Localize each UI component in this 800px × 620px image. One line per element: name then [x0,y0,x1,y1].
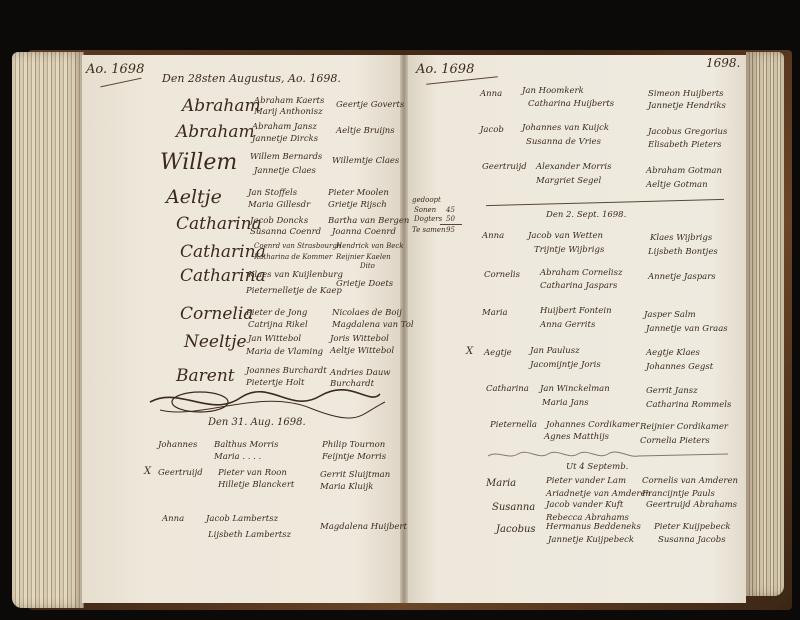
witness: Aeltje Wittebol [330,346,394,356]
witness: Susanna Jacobs [658,535,726,545]
calligraphic-flourish [140,384,390,420]
parent-father: Pieter de Jong [246,308,307,318]
witness: Geertje Goverts [336,100,404,110]
child-name: Geertruijd [482,162,527,172]
child-name: Geertruijd [158,468,203,478]
parent-father: Hermanus Beddeneks [546,522,641,532]
parent-mother: Jannetje Claes [254,166,316,176]
wavy-divider [488,448,728,462]
parent-father: Joannes Burchardt [246,366,327,376]
witness: Lijsbeth Bontjes [648,247,718,257]
child-name: Catharina [486,384,529,394]
witness: Joanna Coenrd [332,227,396,237]
parent-mother: Maria de Vlaming [246,347,323,357]
parent-mother: Susanna Coenrd [250,227,321,237]
parent-mother: Katharina de Kommer [254,253,332,261]
witness: Annetje Jaspars [648,272,716,282]
witness: Jasper Salm [644,310,696,320]
parent-mother: Maria Gillesdr [248,200,310,210]
tally-daughters-label: Dogters [414,215,442,223]
witness: Catharina Rommels [646,400,731,410]
parent-father: Huijbert Fontein [540,306,612,316]
parent-father: Jacob van Wetten [528,231,603,241]
child-name: Aegtje [484,348,512,358]
witness: Gerrit Sluijtman [320,470,390,480]
parent-father: Pieter van Roon [218,468,287,478]
child-name: Maria [482,308,508,318]
child-name: Cornelis [484,270,520,280]
child-name: Jacob [480,125,504,135]
child-name: Johannes [158,440,197,450]
witness: Magdalena van Tol [332,320,414,330]
parent-mother: Margriet Segel [536,176,601,186]
parent-mother: Jannetje Dircks [252,134,318,144]
witness: Willemtje Claes [332,156,399,166]
parent-mother: Maria . . . . [214,452,261,462]
parent-mother: Agnes Matthijs [544,432,609,442]
witness: Philip Tournon [322,440,385,450]
tally-label: gedoopt [412,196,441,204]
child-name: Anna [162,514,184,524]
witness: Reijnier Cordikamer [640,422,728,432]
child-name: Anna [482,231,504,241]
witness: Cornelis van Amderen [642,476,738,486]
child-name: Susanna [492,502,535,513]
right-corner-year-right: 1698. [706,56,740,70]
witness: Grietje Rijsch [328,200,387,210]
child-name: Pieternella [490,420,537,430]
parent-father: Balthus Morris [214,440,279,450]
witness: Cornelia Pieters [640,436,710,446]
left-corner-year: Ao. 1698 [86,62,144,77]
tally-daughters-count: 50 [446,215,455,223]
witness: Klaes Wijbrigs [650,233,712,243]
witness: Simeon Huijberts [648,89,723,99]
witness: Reijnier Kaelen [336,253,391,261]
witness: Nicolaes de Boij [332,308,402,318]
parent-father: Jan Hoomkerk [522,86,584,96]
parent-mother: Trijntje Wijbrigs [534,245,604,255]
witness: Elisabeth Pieters [648,140,721,150]
parent-father: Jan Paulusz [530,346,580,356]
child-name: Willem [160,150,237,175]
parent-father: Jan Winckelman [540,384,610,394]
witness: Jannetje Hendriks [648,101,726,111]
parent-mother: Catharina Jaspars [540,281,617,291]
witness: Francijntje Pauls [642,489,715,499]
child-name: Anna [480,89,502,99]
witness: Aeltje Bruijns [336,126,395,136]
parent-father: Coenrd van Strasbourgh [254,242,341,250]
witness: Andries Dauw [330,368,391,378]
parent-father: Jan Wittebol [248,334,301,344]
parent-mother: Lijsbeth Lambertsz [208,530,291,540]
child-name: Abraham [182,96,261,116]
parent-father: Abraham Jansz [252,122,317,132]
witness: Gerrit Jansz [646,386,698,396]
parent-mother: Susanna de Vries [526,137,601,147]
page-edges-left [12,52,84,608]
witness: Dito [360,262,375,270]
child-name: Maria [486,478,516,489]
witness: Maria Kluijk [320,482,373,492]
parent-mother: Catrijna Rikel [248,320,308,330]
parent-mother: Hilletje Blanckert [218,480,294,490]
child-name: Cornelia [180,304,253,324]
cross-mark: X [466,346,473,357]
witness: Aegtje Klaes [646,348,700,358]
witness: Hendrick van Beck [336,242,404,250]
witness: Grietje Doets [336,279,393,289]
child-name: Abraham [176,122,255,142]
tally-total-count: 95 [446,226,455,234]
child-name: Barent [176,366,235,386]
parent-father: Jacob vander Kuft [546,500,623,510]
witness: Geertruijd Abrahams [646,500,737,510]
parent-father: Pieter vander Lam [546,476,626,486]
witness: Pieter Moolen [328,188,389,198]
right-sub-heading: Ut 4 Septemb. [566,462,628,472]
parent-mother: Ariadnetje van Amderen [546,489,651,499]
child-name: Catharina [176,214,262,234]
cross-mark: X [144,466,151,477]
parent-father: Willem Bernards [250,152,322,162]
parent-mother: Anna Gerrits [540,320,595,330]
parent-father: Alexander Morris [536,162,612,172]
witness: Abraham Gotman [646,166,722,176]
child-name: Catharina [180,242,266,262]
witness: Jannetje van Graas [646,324,728,334]
left-date-heading: Den 28sten Augustus, Ao. 1698. [162,72,341,85]
tally-total-label: Te samen [412,226,446,234]
parent-father: Jacob Lambertsz [206,514,278,524]
parent-father: Abraham Kaerts [254,96,324,106]
witness: Feijntje Morris [322,452,386,462]
page-edges-right [746,52,784,596]
tally-sons-label: Sonen [414,206,436,214]
witness: Joris Wittebol [330,334,389,344]
parent-mother: Pieternelletje de Kaep [246,286,342,296]
parent-father: Johannes Cordikamer [546,420,639,430]
parent-father: Jacob Doncks [250,216,308,226]
child-name: Aeltje [166,186,222,208]
witness: Aeltje Gotman [646,180,708,190]
right-corner-year-left: Ao. 1698 [416,62,474,77]
parent-mother: Jannetje Kuijpebeck [548,535,634,545]
parent-mother: Catharina Huijberts [528,99,614,109]
witness: Bartha van Bergen [328,216,409,226]
parent-mother: Maria Jans [542,398,589,408]
child-name: Jacobus [496,524,536,535]
witness: Johannes Gegst [646,362,713,372]
parent-mother: Marij Anthonisz [254,107,323,117]
tally-sum-line [440,224,462,225]
witness: Jacobus Gregorius [648,127,727,137]
parent-father: Klaes van Kuijlenburg [248,270,343,280]
right-date-heading: Den 2. Sept. 1698. [546,210,626,220]
witness: Magdalena Huijbert [320,522,407,532]
parent-father: Johannes van Kuijck [522,123,609,133]
parent-mother: Jacomijntje Joris [530,360,601,370]
tally-sons-count: 45 [446,206,455,214]
witness: Pieter Kuijpebeck [654,522,731,532]
parent-father: Jan Stoffels [248,188,297,198]
child-name: Neeltje [184,332,247,352]
left-second-date-heading: Den 31. Aug. 1698. [208,417,306,428]
parent-father: Abraham Cornelisz [540,268,622,278]
